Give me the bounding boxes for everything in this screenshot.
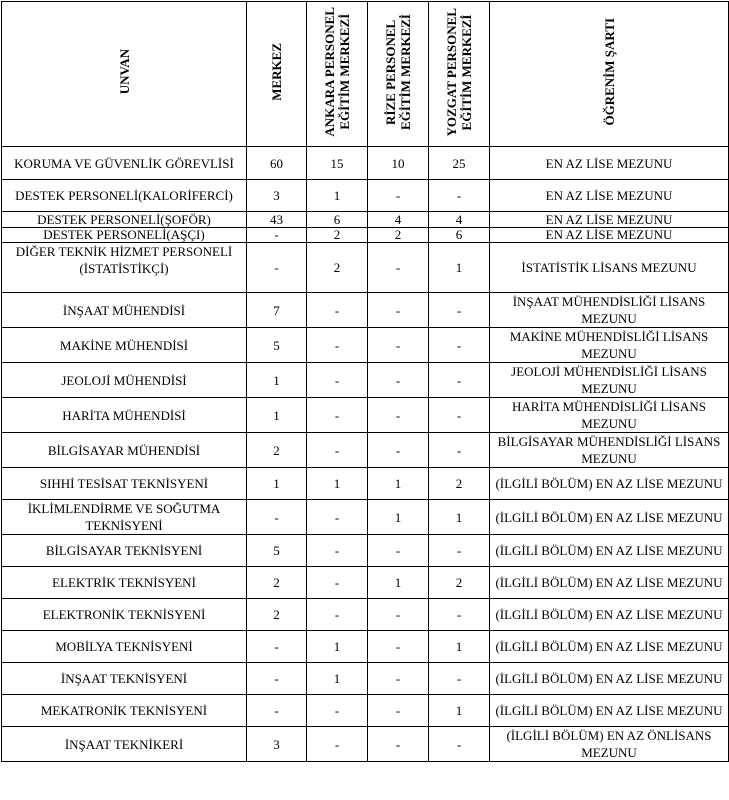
cell-education: İNŞAAT MÜHENDİSLİĞİ LİSANS MEZUNU <box>490 293 729 328</box>
cell-yozgat: 1 <box>429 243 490 293</box>
cell-title: BİLGİSAYAR TEKNİSYENİ <box>2 535 247 567</box>
position-table: UNVAN MERKEZ ANKARA PERSONEL EĞİTİM MERK… <box>1 1 729 762</box>
cell-title: DESTEK PERSONELİ(KALORİFERCİ) <box>2 180 247 212</box>
cell-title: DESTEK PERSONELİ(ŞOFÖR) <box>2 212 247 228</box>
cell-education: JEOLOJİ MÜHENDİSLİĞİ LİSANS MEZUNU <box>490 363 729 398</box>
cell-yozgat: - <box>429 180 490 212</box>
cell-education: EN AZ LİSE MEZUNU <box>490 228 729 243</box>
cell-merkez: - <box>247 631 307 663</box>
table-row: SIHHİ TESİSAT TEKNİSYENİ1112(İLGİLİ BÖLÜ… <box>2 468 729 500</box>
cell-title: JEOLOJİ MÜHENDİSİ <box>2 363 247 398</box>
cell-rize: 1 <box>368 468 429 500</box>
cell-title: KORUMA VE GÜVENLİK GÖREVLİSİ <box>2 147 247 180</box>
cell-education: (İLGİLİ BÖLÜM) EN AZ LİSE MEZUNU <box>490 695 729 727</box>
cell-merkez: - <box>247 695 307 727</box>
cell-title: ELEKTRİK TEKNİSYENİ <box>2 567 247 599</box>
cell-yozgat: - <box>429 328 490 363</box>
cell-ankara: - <box>307 293 368 328</box>
cell-rize: 10 <box>368 147 429 180</box>
cell-rize: - <box>368 243 429 293</box>
cell-ankara: - <box>307 727 368 762</box>
table-row: ELEKTRİK TEKNİSYENİ2-12(İLGİLİ BÖLÜM) EN… <box>2 567 729 599</box>
header-ankara: ANKARA PERSONEL EĞİTİM MERKEZİ <box>322 7 352 137</box>
cell-yozgat: 4 <box>429 212 490 228</box>
cell-title: İNŞAAT TEKNİSYENİ <box>2 663 247 695</box>
cell-education: BİLGİSAYAR MÜHENDİSLİĞİ LİSANS MEZUNU <box>490 433 729 468</box>
header-education: ÖĞRENİM ŞARTI <box>602 18 617 126</box>
cell-merkez: 2 <box>247 599 307 631</box>
cell-yozgat: 6 <box>429 228 490 243</box>
cell-title: İKLİMLENDİRME VE SOĞUTMA TEKNİSYENİ <box>2 500 247 535</box>
header-rize: RİZE PERSONEL EĞİTİM MERKEZİ <box>383 14 413 130</box>
table-row: MAKİNE MÜHENDİSİ5---MAKİNE MÜHENDİSLİĞİ … <box>2 328 729 363</box>
cell-ankara: - <box>307 398 368 433</box>
cell-yozgat: 1 <box>429 631 490 663</box>
cell-ankara: - <box>307 328 368 363</box>
cell-yozgat: - <box>429 727 490 762</box>
header-title: UNVAN <box>117 49 132 94</box>
cell-title: DİĞER TEKNİK HİZMET PERSONELİ (İSTATİSTİ… <box>2 243 247 293</box>
table-row: DİĞER TEKNİK HİZMET PERSONELİ (İSTATİSTİ… <box>2 243 729 293</box>
cell-ankara: - <box>307 695 368 727</box>
cell-merkez: - <box>247 243 307 293</box>
cell-title: MOBİLYA TEKNİSYENİ <box>2 631 247 663</box>
cell-ankara: 6 <box>307 212 368 228</box>
table-row: İNŞAAT MÜHENDİSİ7---İNŞAAT MÜHENDİSLİĞİ … <box>2 293 729 328</box>
cell-education: İSTATİSTİK LİSANS MEZUNU <box>490 243 729 293</box>
cell-merkez: 2 <box>247 567 307 599</box>
cell-yozgat: - <box>429 398 490 433</box>
cell-rize: 2 <box>368 228 429 243</box>
cell-title: İNŞAAT MÜHENDİSİ <box>2 293 247 328</box>
header-yozgat: YOZGAT PERSONEL EĞİTİM MERKEZİ <box>444 8 474 136</box>
table-row: JEOLOJİ MÜHENDİSİ1---JEOLOJİ MÜHENDİSLİĞ… <box>2 363 729 398</box>
cell-merkez: 60 <box>247 147 307 180</box>
cell-title: DESTEK PERSONELİ(AŞÇI) <box>2 228 247 243</box>
cell-merkez: 2 <box>247 433 307 468</box>
cell-yozgat: - <box>429 433 490 468</box>
cell-ankara: 2 <box>307 243 368 293</box>
cell-rize: - <box>368 727 429 762</box>
cell-title: ELEKTRONİK TEKNİSYENİ <box>2 599 247 631</box>
cell-education: HARİTA MÜHENDİSLİĞİ LİSANS MEZUNU <box>490 398 729 433</box>
cell-title: HARİTA MÜHENDİSİ <box>2 398 247 433</box>
header-row: UNVAN MERKEZ ANKARA PERSONEL EĞİTİM MERK… <box>2 2 729 147</box>
cell-merkez: - <box>247 663 307 695</box>
cell-yozgat: 2 <box>429 567 490 599</box>
cell-title: BİLGİSAYAR MÜHENDİSİ <box>2 433 247 468</box>
table-row: HARİTA MÜHENDİSİ1---HARİTA MÜHENDİSLİĞİ … <box>2 398 729 433</box>
cell-merkez: 1 <box>247 398 307 433</box>
cell-rize: 1 <box>368 567 429 599</box>
table-row: DESTEK PERSONELİ(AŞÇI)-226EN AZ LİSE MEZ… <box>2 228 729 243</box>
table-row: BİLGİSAYAR TEKNİSYENİ5---(İLGİLİ BÖLÜM) … <box>2 535 729 567</box>
cell-yozgat: 2 <box>429 468 490 500</box>
cell-title: İNŞAAT TEKNİKERİ <box>2 727 247 762</box>
cell-ankara: 15 <box>307 147 368 180</box>
header-education-cell: ÖĞRENİM ŞARTI <box>490 2 729 147</box>
table-row: DESTEK PERSONELİ(KALORİFERCİ)31--EN AZ L… <box>2 180 729 212</box>
cell-ankara: - <box>307 500 368 535</box>
cell-ankara: 2 <box>307 228 368 243</box>
cell-merkez: 3 <box>247 727 307 762</box>
cell-ankara: - <box>307 535 368 567</box>
header-merkez-cell: MERKEZ <box>247 2 307 147</box>
cell-education: EN AZ LİSE MEZUNU <box>490 212 729 228</box>
cell-ankara: 1 <box>307 180 368 212</box>
cell-rize: - <box>368 535 429 567</box>
cell-education: (İLGİLİ BÖLÜM) EN AZ LİSE MEZUNU <box>490 567 729 599</box>
cell-title: SIHHİ TESİSAT TEKNİSYENİ <box>2 468 247 500</box>
cell-rize: - <box>368 398 429 433</box>
cell-rize: - <box>368 293 429 328</box>
cell-merkez: 3 <box>247 180 307 212</box>
cell-yozgat: - <box>429 663 490 695</box>
cell-ankara: 1 <box>307 663 368 695</box>
cell-title: MEKATRONİK TEKNİSYENİ <box>2 695 247 727</box>
cell-ankara: 1 <box>307 468 368 500</box>
cell-rize: - <box>368 599 429 631</box>
cell-ankara: 1 <box>307 631 368 663</box>
table-row: BİLGİSAYAR MÜHENDİSİ2---BİLGİSAYAR MÜHEN… <box>2 433 729 468</box>
header-title-cell: UNVAN <box>2 2 247 147</box>
cell-yozgat: - <box>429 599 490 631</box>
cell-yozgat: 1 <box>429 500 490 535</box>
cell-education: EN AZ LİSE MEZUNU <box>490 147 729 180</box>
cell-education: EN AZ LİSE MEZUNU <box>490 180 729 212</box>
table-row: İKLİMLENDİRME VE SOĞUTMA TEKNİSYENİ--11(… <box>2 500 729 535</box>
table-row: İNŞAAT TEKNİSYENİ-1--(İLGİLİ BÖLÜM) EN A… <box>2 663 729 695</box>
cell-yozgat: 1 <box>429 695 490 727</box>
cell-merkez: 1 <box>247 363 307 398</box>
cell-rize: - <box>368 433 429 468</box>
cell-ankara: - <box>307 599 368 631</box>
table-row: MOBİLYA TEKNİSYENİ-1-1(İLGİLİ BÖLÜM) EN … <box>2 631 729 663</box>
cell-education: (İLGİLİ BÖLÜM) EN AZ LİSE MEZUNU <box>490 468 729 500</box>
cell-merkez: - <box>247 228 307 243</box>
cell-rize: - <box>368 695 429 727</box>
cell-rize: 4 <box>368 212 429 228</box>
cell-merkez: 5 <box>247 535 307 567</box>
table-row: İNŞAAT TEKNİKERİ3---(İLGİLİ BÖLÜM) EN AZ… <box>2 727 729 762</box>
header-yozgat-cell: YOZGAT PERSONEL EĞİTİM MERKEZİ <box>429 2 490 147</box>
cell-rize: - <box>368 328 429 363</box>
cell-education: (İLGİLİ BÖLÜM) EN AZ LİSE MEZUNU <box>490 663 729 695</box>
cell-merkez: 5 <box>247 328 307 363</box>
cell-education: (İLGİLİ BÖLÜM) EN AZ ÖNLİSANS MEZUNU <box>490 727 729 762</box>
table-body: KORUMA VE GÜVENLİK GÖREVLİSİ60151025EN A… <box>2 147 729 762</box>
cell-rize: - <box>368 631 429 663</box>
cell-education: (İLGİLİ BÖLÜM) EN AZ LİSE MEZUNU <box>490 535 729 567</box>
cell-rize: 1 <box>368 500 429 535</box>
cell-education: (İLGİLİ BÖLÜM) EN AZ LİSE MEZUNU <box>490 631 729 663</box>
cell-yozgat: - <box>429 535 490 567</box>
cell-merkez: 1 <box>247 468 307 500</box>
table-row: ELEKTRONİK TEKNİSYENİ2---(İLGİLİ BÖLÜM) … <box>2 599 729 631</box>
cell-yozgat: 25 <box>429 147 490 180</box>
cell-rize: - <box>368 363 429 398</box>
cell-merkez: 7 <box>247 293 307 328</box>
cell-education: MAKİNE MÜHENDİSLİĞİ LİSANS MEZUNU <box>490 328 729 363</box>
cell-ankara: - <box>307 567 368 599</box>
header-rize-cell: RİZE PERSONEL EĞİTİM MERKEZİ <box>368 2 429 147</box>
cell-rize: - <box>368 663 429 695</box>
cell-title: MAKİNE MÜHENDİSİ <box>2 328 247 363</box>
table-row: DESTEK PERSONELİ(ŞOFÖR)43644EN AZ LİSE M… <box>2 212 729 228</box>
header-ankara-cell: ANKARA PERSONEL EĞİTİM MERKEZİ <box>307 2 368 147</box>
table-row: KORUMA VE GÜVENLİK GÖREVLİSİ60151025EN A… <box>2 147 729 180</box>
table-row: MEKATRONİK TEKNİSYENİ---1(İLGİLİ BÖLÜM) … <box>2 695 729 727</box>
cell-yozgat: - <box>429 363 490 398</box>
cell-education: (İLGİLİ BÖLÜM) EN AZ LİSE MEZUNU <box>490 599 729 631</box>
cell-ankara: - <box>307 363 368 398</box>
cell-rize: - <box>368 180 429 212</box>
cell-ankara: - <box>307 433 368 468</box>
cell-yozgat: - <box>429 293 490 328</box>
cell-merkez: - <box>247 500 307 535</box>
cell-education: (İLGİLİ BÖLÜM) EN AZ LİSE MEZUNU <box>490 500 729 535</box>
cell-merkez: 43 <box>247 212 307 228</box>
header-merkez: MERKEZ <box>269 43 284 101</box>
